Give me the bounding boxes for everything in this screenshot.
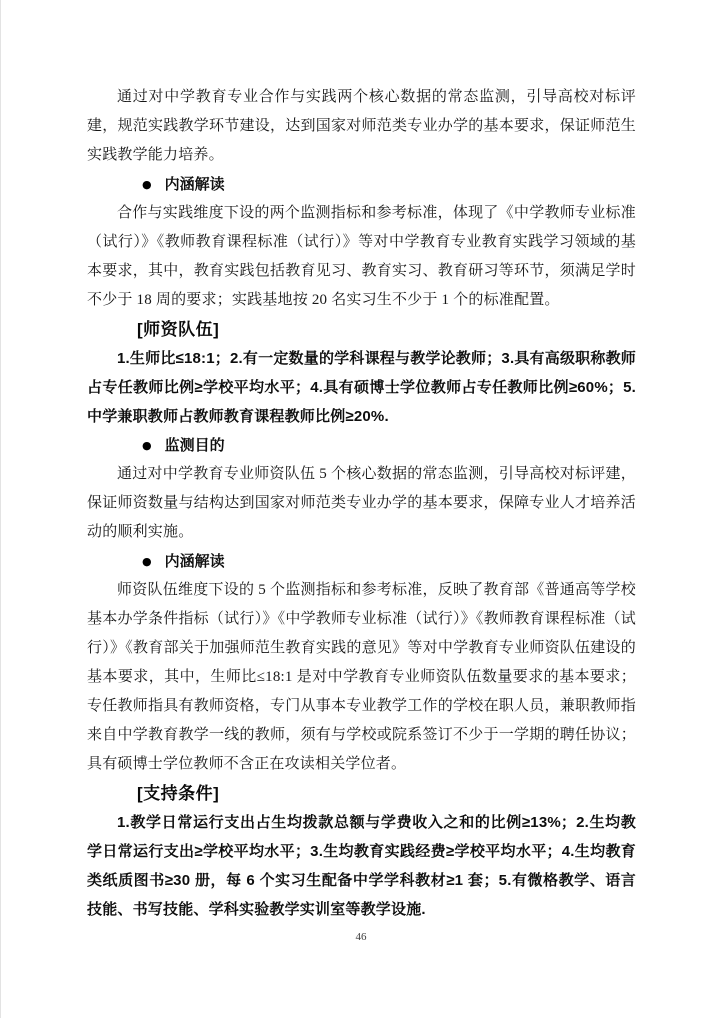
bullet-heading-connotation-2: ●内涵解读 bbox=[87, 547, 636, 576]
bullet-icon: ● bbox=[142, 431, 152, 460]
bullet-heading-monitoring-purpose: ●监测目的 bbox=[87, 431, 636, 460]
bullet-icon: ● bbox=[142, 547, 152, 576]
para-faculty-connotation: 师资队伍维度下设的 5 个监测指标和参考标准，反映了教育部《普通高等学校基本办学… bbox=[87, 576, 636, 779]
bullet-icon: ● bbox=[142, 170, 152, 199]
para-practice-connotation: 合作与实践维度下设的两个监测指标和参考标准，体现了《中学教师专业标准（试行）》《… bbox=[87, 199, 636, 315]
page-number: 46 bbox=[356, 931, 367, 943]
page-footer: 46 bbox=[1, 927, 720, 945]
page-content: 通过对中学教育专业合作与实践两个核心数据的常态监测，引导高校对标评建，规范实践教… bbox=[87, 83, 636, 924]
section-heading-faculty: [师资队伍] bbox=[87, 315, 636, 344]
para-support-conditions-standards: 1.教学日常运行支出占生均拨款总额与学费收入之和的比例≥13%；2.生均教学日常… bbox=[87, 808, 636, 924]
bullet-heading-label: 监测目的 bbox=[165, 437, 225, 454]
bullet-heading-label: 内涵解读 bbox=[165, 553, 225, 570]
bullet-heading-connotation-1: ●内涵解读 bbox=[87, 170, 636, 199]
section-heading-support-conditions: [支持条件] bbox=[87, 779, 636, 808]
para-faculty-standards: 1.生师比≤18:1；2.有一定数量的学科课程与教学论教师；3.具有高级职称教师… bbox=[87, 344, 636, 431]
bullet-heading-label: 内涵解读 bbox=[165, 176, 225, 193]
para-faculty-monitoring-purpose: 通过对中学教育专业师资队伍 5 个核心数据的常态监测，引导高校对标评建，保证师资… bbox=[87, 460, 636, 547]
para-practice-monitoring-purpose: 通过对中学教育专业合作与实践两个核心数据的常态监测，引导高校对标评建，规范实践教… bbox=[87, 83, 636, 170]
document-page: 通过对中学教育专业合作与实践两个核心数据的常态监测，引导高校对标评建，规范实践教… bbox=[0, 0, 720, 1018]
